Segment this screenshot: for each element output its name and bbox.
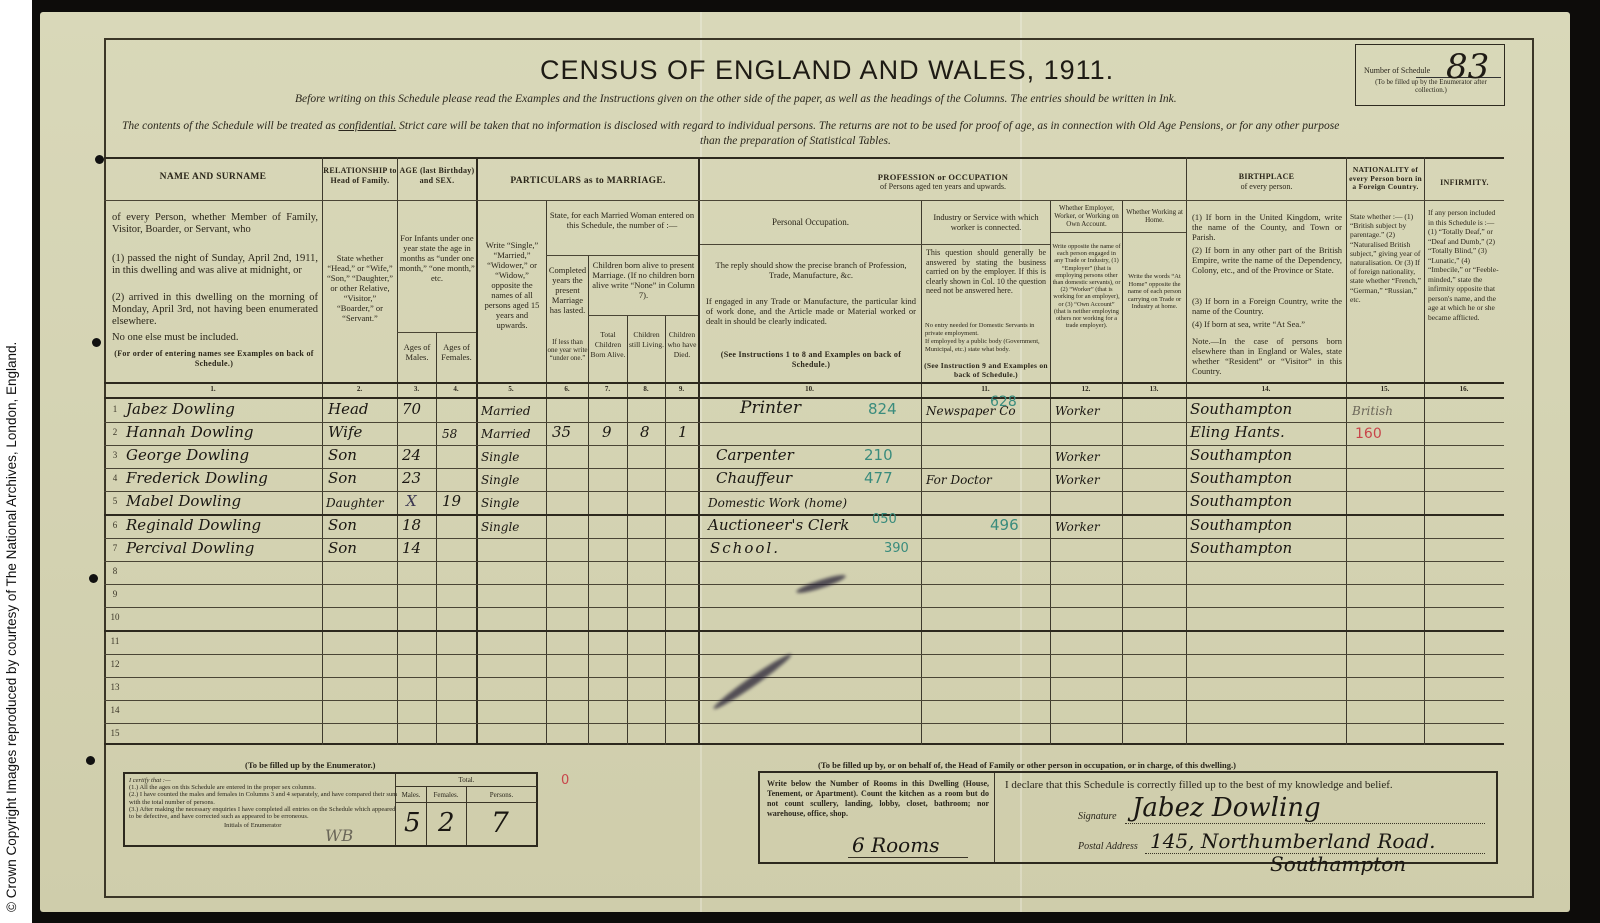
col-employer: Whether Employer, Worker, or Working on … <box>1051 204 1122 228</box>
personal-occupation: Carpenter <box>716 446 794 464</box>
col-personal-desc-3: (See Instructions 1 to 8 and Examples on… <box>706 350 916 370</box>
total-males: 5 <box>404 808 421 838</box>
col-name-desc-2: (2) arrived in this dwelling on the morn… <box>112 292 318 328</box>
red-mark: 0 <box>561 773 569 788</box>
row-number: 4 <box>108 473 122 483</box>
row-divider <box>104 538 1504 539</box>
col-name-desc: of every Person, whether Member of Famil… <box>112 212 318 236</box>
marital-condition: Single <box>481 450 519 464</box>
person-name: Percival Dowling <box>126 539 254 557</box>
rooms-and-declaration: Write below the Number of Rooms in this … <box>758 771 1498 864</box>
header-divider <box>700 244 1050 245</box>
col-birthplace-subtitle: of every person. <box>1187 182 1346 192</box>
occupation-code: 824 <box>868 400 897 418</box>
confidential-line: The contents of the Schedule will be tre… <box>122 120 1339 132</box>
col-number: 7. <box>588 385 627 393</box>
age-male: 23 <box>402 469 421 487</box>
col-home: Whether Working at Home. <box>1123 208 1186 224</box>
occupation-code: 210 <box>864 446 893 464</box>
col-age-males: Ages of Males. <box>398 342 436 362</box>
declaration-text: I declare that this Schedule is correctl… <box>1005 779 1393 791</box>
col-industry-desc-2: No entry needed for Domestic Servants in… <box>925 322 1047 337</box>
col-number: 15. <box>1346 385 1424 393</box>
rooms-section: Write below the Number of Rooms in this … <box>760 773 995 862</box>
col-divider <box>627 315 628 745</box>
person-name: George Dowling <box>126 446 249 464</box>
employment-status: Worker <box>1055 473 1100 487</box>
personal-occupation: Chauffeur <box>716 469 792 487</box>
confidential-line-2: than the preparation of Statistical Tabl… <box>700 135 891 147</box>
postal-address-line2: Southampton <box>1270 852 1406 876</box>
col-divider <box>698 157 700 745</box>
row-number: 8 <box>108 566 122 576</box>
col-name-title: NAME AND SURNAME <box>104 172 322 182</box>
confidential-post: Strict care will be taken that no inform… <box>399 120 1339 132</box>
head-heading: (To be filled up by, or on behalf of, th… <box>818 760 1236 770</box>
col-marriage-years: Completed years the present Marriage has… <box>547 265 588 315</box>
header-divider <box>104 200 1504 201</box>
col-marriage-condition: Write “Single,” “Married,” “Widower,” or… <box>480 240 544 330</box>
punch-hole <box>95 155 104 164</box>
row-number: 2 <box>108 427 122 437</box>
col-relationship-desc: State whether “Head,” or “Wife,” “Son,” … <box>326 253 394 323</box>
industry-code: 496 <box>990 516 1019 534</box>
marital-condition: Married <box>481 404 531 418</box>
col-birthplace-title: BIRTHPLACE <box>1187 172 1346 182</box>
col-divider <box>1346 157 1347 745</box>
row-number: 1 <box>108 404 122 414</box>
age-male: 70 <box>402 400 421 418</box>
children-total: 9 <box>602 423 612 441</box>
row-divider <box>104 422 1504 423</box>
col-birthplace-note: Note.—In the case of persons born elsewh… <box>1192 336 1342 376</box>
col-birthplace-desc-2: (2) If born in any other part of the Bri… <box>1192 245 1342 275</box>
row-number: 13 <box>108 682 122 692</box>
enumerator-heading: (To be filled up by the Enumerator.) <box>245 760 375 770</box>
females-label: Females. <box>426 791 466 799</box>
col-industry-desc-3: If employed by a public body (Government… <box>925 338 1047 353</box>
col-home-desc: Write the words “At Home” opposite the n… <box>1124 273 1185 311</box>
col-number: 14. <box>1186 385 1346 393</box>
rooms-line <box>848 857 968 858</box>
postal-address-line1: 145, Northumberland Road. <box>1150 829 1436 853</box>
industry-code: 628 <box>990 394 1017 410</box>
age-male: 14 <box>402 539 421 557</box>
col-number: 16. <box>1424 385 1504 393</box>
certificate-text: I certify that :— (1.) All the ages on t… <box>129 777 399 829</box>
copyright-credit: © Crown Copyright Images reproduced by c… <box>4 12 19 912</box>
employment-status: Worker <box>1055 404 1100 418</box>
header-divider <box>546 255 698 256</box>
col-birthplace-desc-3: (3) If born in a Foreign Country, write … <box>1192 296 1342 316</box>
col-industry-desc-1: This question should generally be answer… <box>926 248 1046 296</box>
row-divider <box>104 654 1504 655</box>
marital-condition: Single <box>481 520 519 534</box>
col-occupation-subtitle: of Persons aged ten years and upwards. <box>700 182 1186 192</box>
col-marriage-years-note: If less than one year write “under one.” <box>547 338 588 362</box>
employment-status: Worker <box>1055 520 1100 534</box>
row-divider <box>104 700 1504 701</box>
totals-block: Total. Males. Females. Persons. 5 2 7 <box>395 774 536 845</box>
row-number: 9 <box>108 589 122 599</box>
nationality: British <box>1352 404 1393 418</box>
row-number: 5 <box>108 496 122 506</box>
col-divider <box>397 157 398 745</box>
birthplace: Southampton <box>1190 539 1292 557</box>
employment-status: Worker <box>1055 450 1100 464</box>
col-relationship-title: RELATIONSHIP to Head of Family. <box>323 166 397 186</box>
personal-occupation: Auctioneer's Clerk <box>708 516 849 534</box>
page-title: CENSUS OF ENGLAND AND WALES, 1911. <box>540 55 1114 86</box>
col-industry-desc-4: (See Instruction 9 and Examples on back … <box>922 362 1050 379</box>
row-divider <box>104 677 1504 678</box>
row-number: 10 <box>108 612 122 622</box>
relationship: Head <box>328 400 369 418</box>
col-divider <box>1122 200 1123 745</box>
certify-heading: I certify that :— <box>129 777 399 784</box>
row-number: 11 <box>108 636 122 646</box>
person-name: Frederick Dowling <box>126 469 268 487</box>
col-number: 12. <box>1050 385 1122 393</box>
col-number: 6. <box>546 385 588 393</box>
relationship: Son <box>328 516 357 534</box>
col-number: 10. <box>698 385 921 393</box>
col-number: 13. <box>1122 385 1186 393</box>
certify-item-3: (3.) After making the necessary enquirie… <box>129 806 399 820</box>
col-age-desc: For Infants under one year state the age… <box>399 233 475 283</box>
header-divider <box>104 382 1504 384</box>
totals-divider <box>426 786 427 845</box>
punch-hole <box>92 338 101 347</box>
col-infirmity-desc: If any person included in this Schedule … <box>1428 208 1502 322</box>
col-birthplace-desc-4: (4) If born at sea, write “At Sea.” <box>1192 319 1342 329</box>
totals-divider <box>466 786 467 845</box>
birthplace: Southampton <box>1190 446 1292 464</box>
occupation-code: 477 <box>864 469 893 487</box>
birthplace: Eling Hants. <box>1190 423 1285 441</box>
col-divider <box>588 255 589 745</box>
col-divider <box>476 157 478 745</box>
instruction-line: Before writing on this Schedule please r… <box>295 93 1177 105</box>
confidential-pre: The contents of the Schedule will be tre… <box>122 120 336 132</box>
header-divider <box>104 397 1504 399</box>
punch-hole <box>89 574 98 583</box>
col-married-woman: State, for each Married Woman entered on… <box>548 210 696 230</box>
col-number: 5. <box>476 385 546 393</box>
col-birthplace-desc-1: (1) If born in the United Kingdom, write… <box>1192 212 1342 242</box>
personal-occupation: School. <box>710 539 780 557</box>
age-male-struck: X <box>406 492 417 510</box>
persons-label: Persons. <box>466 791 537 799</box>
row-number: 15 <box>108 728 122 738</box>
col-personal-occupation: Personal Occupation. <box>700 217 921 227</box>
col-number: 11. <box>921 385 1050 393</box>
col-employer-desc: Write opposite the name of each person e… <box>1052 243 1121 329</box>
col-nationality-desc: State whether :— (1) “British subject by… <box>1350 212 1422 304</box>
signature-label: Signature <box>1078 811 1117 822</box>
col-name-desc-1: (1) passed the night of Sunday, April 2n… <box>112 253 318 277</box>
col-marriage-title: PARTICULARS as to MARRIAGE. <box>478 176 698 186</box>
header-divider <box>588 315 698 316</box>
row-divider <box>104 561 1504 562</box>
address-label: Postal Address <box>1078 841 1138 852</box>
personal-occupation: Printer <box>740 398 801 418</box>
males-label: Males. <box>396 791 426 799</box>
row-number: 14 <box>108 705 122 715</box>
marital-condition: Married <box>481 427 531 441</box>
age-female: 19 <box>442 492 461 510</box>
col-divider <box>1424 157 1425 745</box>
marital-condition: Single <box>481 473 519 487</box>
age-male: 24 <box>402 446 421 464</box>
children-living: 8 <box>640 423 650 441</box>
relationship: Son <box>328 539 357 557</box>
certify-item-2: (2.) I have counted the males and female… <box>129 791 399 805</box>
age-female: 58 <box>442 427 457 441</box>
total-females: 2 <box>438 808 455 838</box>
occupation-code: 390 <box>884 541 909 556</box>
col-children-desc: Children born alive to present Marriage.… <box>590 260 697 300</box>
row-divider <box>104 723 1504 724</box>
col-age-title: AGE (last Birthday) and SEX. <box>398 166 476 186</box>
marital-condition: Single <box>481 496 519 510</box>
birthplace: Southampton <box>1190 400 1292 418</box>
col-number: 9. <box>665 385 698 393</box>
signature-line <box>1125 823 1485 824</box>
col-infirmity-title: INFIRMITY. <box>1425 178 1504 188</box>
initials-label: Initials of Enumerator <box>129 822 399 829</box>
col-number: 2. <box>322 385 397 393</box>
header-divider <box>1050 232 1186 233</box>
schedule-number-note: (To be filled up by the Enumerator after… <box>1360 78 1502 94</box>
schedule-number-label: Number of Schedule <box>1364 66 1430 75</box>
row-number: 3 <box>108 450 122 460</box>
col-children-died: Children who have Died. <box>666 330 698 360</box>
col-name-desc-3: No one else must be included. <box>112 332 318 344</box>
relationship: Son <box>328 469 357 487</box>
total-persons: 7 <box>491 806 509 839</box>
col-personal-desc-2: If engaged in any Trade or Manufacture, … <box>706 296 916 326</box>
col-number: 8. <box>627 385 665 393</box>
birthplace: Southampton <box>1190 469 1292 487</box>
birthplace: Southampton <box>1190 516 1292 534</box>
marriage-years: 35 <box>552 423 571 441</box>
col-divider <box>1050 200 1051 745</box>
col-number: 1. <box>104 385 322 393</box>
row-number: 7 <box>108 543 122 553</box>
row-number: 12 <box>108 659 122 669</box>
row-divider <box>104 491 1504 492</box>
punch-hole <box>86 756 95 765</box>
row-number: 6 <box>108 520 122 530</box>
col-occupation-title: PROFESSION or OCCUPATION <box>700 172 1186 182</box>
col-divider <box>322 157 323 745</box>
relationship: Son <box>328 446 357 464</box>
row-divider <box>104 468 1504 469</box>
col-children-living: Children still Living. <box>628 330 665 350</box>
enumerator-initials: WB <box>325 826 353 845</box>
col-personal-desc-1: The reply should show the precise branch… <box>706 260 916 280</box>
children-died: 1 <box>678 423 688 441</box>
rooms-instruction: Write below the Number of Rooms in this … <box>767 779 989 819</box>
col-name-desc-4: (For order of entering names see Example… <box>108 349 320 369</box>
industry: For Doctor <box>926 473 992 487</box>
person-name: Jabez Dowling <box>126 400 235 418</box>
birthplace: Southampton <box>1190 492 1292 510</box>
col-number: 3. <box>397 385 436 393</box>
col-nationality-title: NATIONALITY of every Person born in a Fo… <box>1347 166 1424 192</box>
col-age-females: Ages of Females. <box>437 342 476 362</box>
row-divider <box>104 607 1504 608</box>
certify-item-1: (1.) All the ages on this Schedule are e… <box>129 784 399 791</box>
row-divider <box>104 630 1504 632</box>
col-divider <box>665 315 666 745</box>
head-signature: Jabez Dowling <box>1132 793 1321 823</box>
nationality: 160 <box>1355 426 1382 442</box>
person-name: Mabel Dowling <box>126 492 241 510</box>
person-name: Reginald Dowling <box>126 516 261 534</box>
enumerator-certificate: I certify that :— (1.) All the ages on t… <box>123 772 538 847</box>
total-label: Total. <box>396 776 537 784</box>
col-divider <box>1186 157 1187 745</box>
row-divider <box>104 445 1504 446</box>
schedule-number-box: Number of Schedule 83 (To be filled up b… <box>1355 44 1505 106</box>
age-male: 18 <box>402 516 421 534</box>
relationship: Wife <box>328 423 362 441</box>
rooms-value: 6 Rooms <box>852 833 939 857</box>
occupation-code: 050 <box>872 512 897 527</box>
relationship: Daughter <box>326 496 384 510</box>
confidential-word: confidential. <box>338 120 396 132</box>
col-divider <box>921 200 922 745</box>
personal-occupation: Domestic Work (home) <box>708 496 847 510</box>
person-name: Hannah Dowling <box>126 423 253 441</box>
col-number: 4. <box>436 385 476 393</box>
col-industry: Industry or Service with which worker is… <box>922 212 1050 232</box>
header-divider <box>397 332 476 333</box>
col-children-total: Total Children Born Alive. <box>589 330 627 360</box>
